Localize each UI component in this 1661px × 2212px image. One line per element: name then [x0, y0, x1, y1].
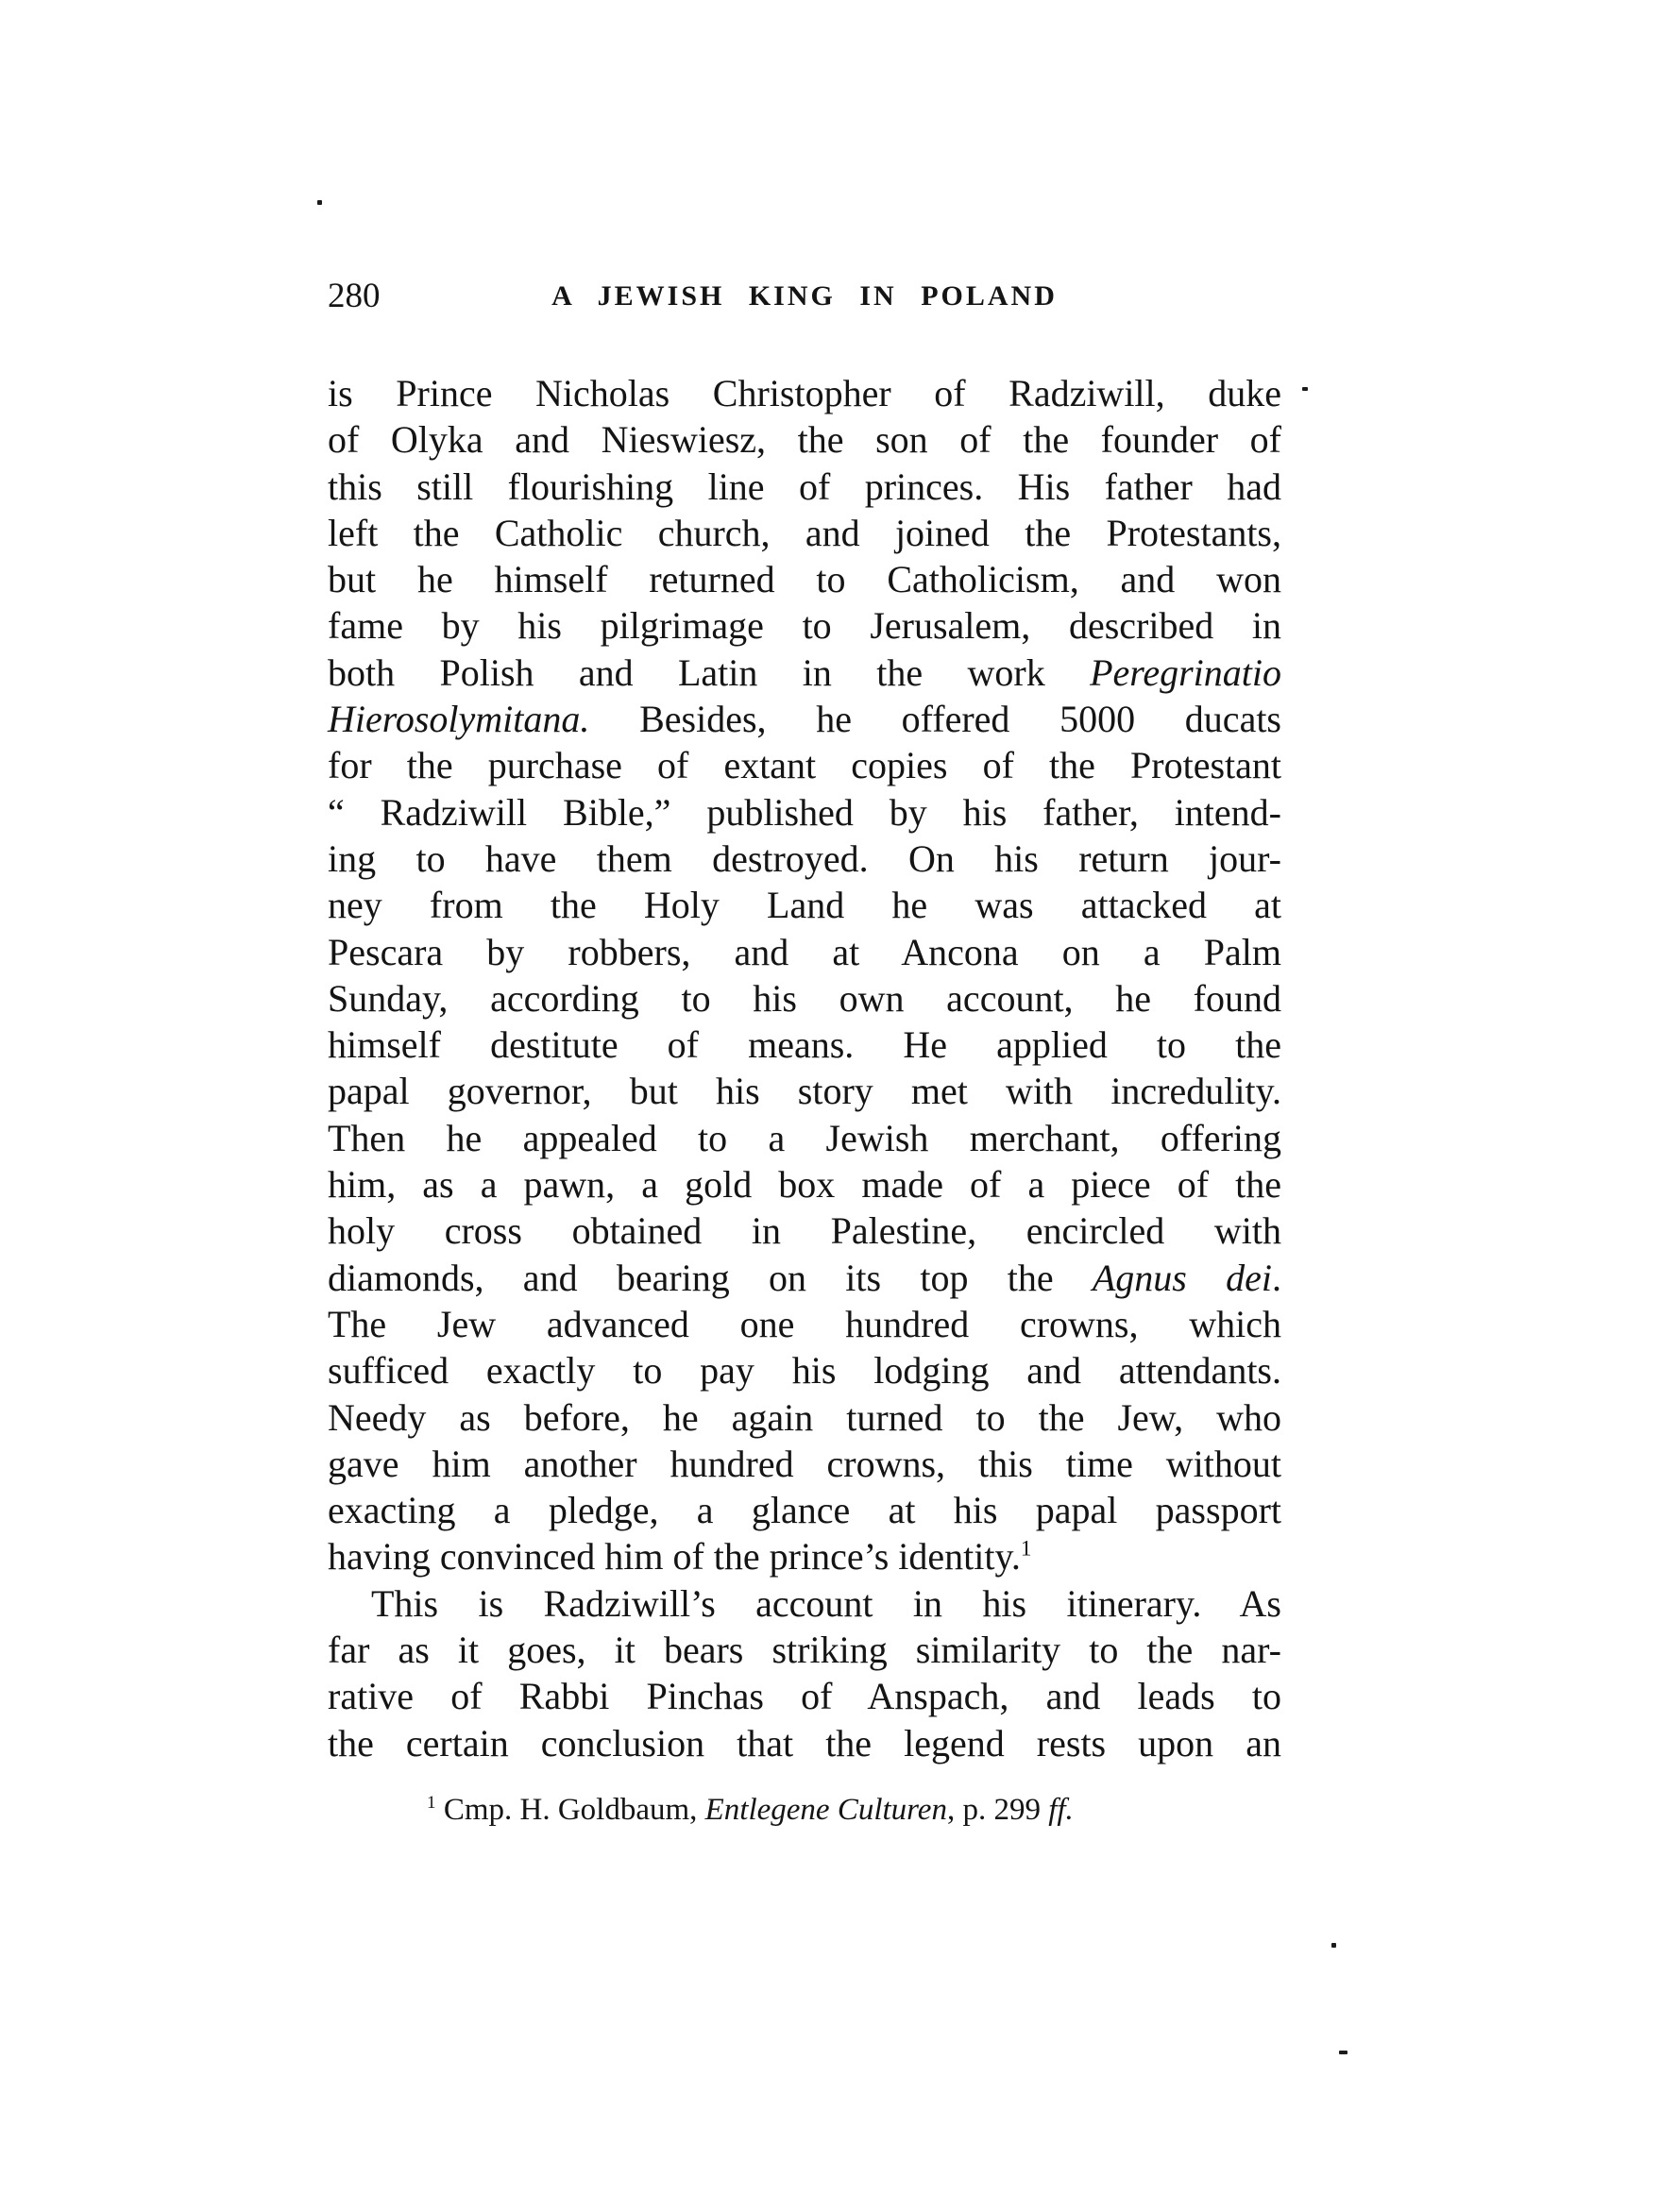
- body-text: is Prince Nicholas Christopher of Radziw…: [328, 370, 1281, 1766]
- text-line: Sunday, according to his own account, he…: [328, 975, 1281, 1022]
- text-line: exacting a pledge, a glance at his papal…: [328, 1487, 1281, 1533]
- footnote: 1 Cmp. H. Goldbaum, Entlegene Culturen, …: [427, 1791, 1074, 1829]
- text-run: diamonds, and bearing on its top the: [328, 1257, 1093, 1299]
- text-line: This is Radziwill’s account in his itine…: [328, 1580, 1281, 1627]
- text-run: Peregrinatio: [1090, 651, 1281, 694]
- ink-speck: [1302, 387, 1308, 391]
- text-line: Pescara by robbers, and at Ancona on a P…: [328, 929, 1281, 975]
- text-line: of Olyka and Nieswiesz, the son of the f…: [328, 416, 1281, 463]
- text-run: Besides, he offered 5000 ducats: [589, 698, 1281, 740]
- text-run: , p. 299: [947, 1793, 1048, 1827]
- text-run: ing to have them destroyed. On his retur…: [328, 837, 1281, 880]
- text-run: gave him another hundred crowns, this ti…: [328, 1443, 1281, 1485]
- text-run: Needy as before, he again turned to the …: [328, 1396, 1281, 1439]
- text-run: is Prince Nicholas Christopher of Radziw…: [328, 372, 1281, 414]
- text-line: Needy as before, he again turned to the …: [328, 1394, 1281, 1441]
- text-line: ing to have them destroyed. On his retur…: [328, 836, 1281, 882]
- text-line: diamonds, and bearing on its top the Agn…: [328, 1255, 1281, 1301]
- text-run: sufficed exactly to pay his lodging and …: [328, 1349, 1281, 1392]
- text-line: gave him another hundred crowns, this ti…: [328, 1441, 1281, 1487]
- text-line: “ Radziwill Bible,” published by his fat…: [328, 789, 1281, 836]
- text-line: both Polish and Latin in the work Peregr…: [328, 650, 1281, 696]
- text-run: this still flourishing line of princes. …: [328, 465, 1281, 508]
- text-line: left the Catholic church, and joined the…: [328, 510, 1281, 556]
- text-run: .: [1272, 1257, 1281, 1299]
- text-run: holy cross obtained in Palestine, encirc…: [328, 1209, 1281, 1252]
- ink-speck: [1339, 2051, 1347, 2054]
- ink-speck: [1331, 1943, 1336, 1948]
- text-run: both Polish and Latin in the work: [328, 651, 1090, 694]
- text-run: Then he appealed to a Jewish merchant, o…: [328, 1117, 1281, 1159]
- text-run: the certain conclusion that the legend r…: [328, 1722, 1281, 1765]
- text-run: fame by his pilgrimage to Jerusalem, des…: [328, 604, 1281, 647]
- text-run: left the Catholic church, and joined the…: [328, 512, 1281, 554]
- text-line: Hierosolymitana. Besides, he offered 500…: [328, 696, 1281, 742]
- text-line: having convinced him of the prince’s ide…: [328, 1533, 1281, 1579]
- text-run: Sunday, according to his own account, he…: [328, 977, 1281, 1020]
- text-run: himself destitute of means. He applied t…: [328, 1023, 1281, 1066]
- text-line: The Jew advanced one hundred crowns, whi…: [328, 1301, 1281, 1347]
- footnote-marker: 1: [427, 1793, 436, 1813]
- text-run: Cmp. H. Goldbaum,: [436, 1793, 705, 1827]
- text-run: Pescara by robbers, and at Ancona on a P…: [328, 931, 1281, 973]
- text-run: him, as a pawn, a gold box made of a pie…: [328, 1163, 1281, 1206]
- text-run: having convinced him of the prince’s ide…: [328, 1535, 1021, 1578]
- text-line: is Prince Nicholas Christopher of Radziw…: [328, 370, 1281, 416]
- text-line: papal governor, but his story met with i…: [328, 1068, 1281, 1114]
- page-number: 280: [328, 278, 381, 315]
- text-run: papal governor, but his story met with i…: [328, 1070, 1281, 1112]
- text-line: Then he appealed to a Jewish merchant, o…: [328, 1115, 1281, 1161]
- text-line: for the purchase of extant copies of the…: [328, 742, 1281, 788]
- running-title: A JEWISH KING IN POLAND: [328, 278, 1281, 315]
- text-run: Agnus dei: [1093, 1257, 1272, 1299]
- text-run: of Olyka and Nieswiesz, the son of the f…: [328, 418, 1281, 461]
- text-line: far as it goes, it bears striking simila…: [328, 1627, 1281, 1673]
- text-run: The Jew advanced one hundred crowns, whi…: [328, 1303, 1281, 1345]
- text-run: This is Radziwill’s account in his itine…: [371, 1582, 1281, 1625]
- text-run: Entlegene Culturen: [705, 1793, 947, 1827]
- text-run: exacting a pledge, a glance at his papal…: [328, 1489, 1281, 1531]
- text-line: himself destitute of means. He applied t…: [328, 1022, 1281, 1068]
- text-line: this still flourishing line of princes. …: [328, 464, 1281, 510]
- text-line: but he himself returned to Catholicism, …: [328, 556, 1281, 602]
- text-line: holy cross obtained in Palestine, encirc…: [328, 1207, 1281, 1254]
- text-run: “ Radziwill Bible,” published by his fat…: [328, 791, 1281, 834]
- footnote-marker: 1: [1021, 1537, 1032, 1562]
- text-line: ney from the Holy Land he was attacked a…: [328, 882, 1281, 928]
- book-page-scan: 280 A JEWISH KING IN POLAND is Prince Ni…: [0, 0, 1661, 2212]
- page-header: 280 A JEWISH KING IN POLAND: [328, 278, 1281, 315]
- text-run: ney from the Holy Land he was attacked a…: [328, 884, 1281, 926]
- ink-speck: [317, 200, 322, 205]
- text-line: sufficed exactly to pay his lodging and …: [328, 1347, 1281, 1393]
- text-run: but he himself returned to Catholicism, …: [328, 558, 1281, 600]
- text-run: far as it goes, it bears striking simila…: [328, 1629, 1281, 1671]
- text-line: rative of Rabbi Pinchas of Anspach, and …: [328, 1673, 1281, 1719]
- text-line: fame by his pilgrimage to Jerusalem, des…: [328, 602, 1281, 649]
- text-run: rative of Rabbi Pinchas of Anspach, and …: [328, 1675, 1281, 1717]
- text-run: for the purchase of extant copies of the…: [328, 744, 1281, 786]
- text-run: ff.: [1048, 1793, 1074, 1827]
- text-line: him, as a pawn, a gold box made of a pie…: [328, 1161, 1281, 1207]
- text-run: Hierosolymitana.: [328, 698, 589, 740]
- text-line: the certain conclusion that the legend r…: [328, 1720, 1281, 1766]
